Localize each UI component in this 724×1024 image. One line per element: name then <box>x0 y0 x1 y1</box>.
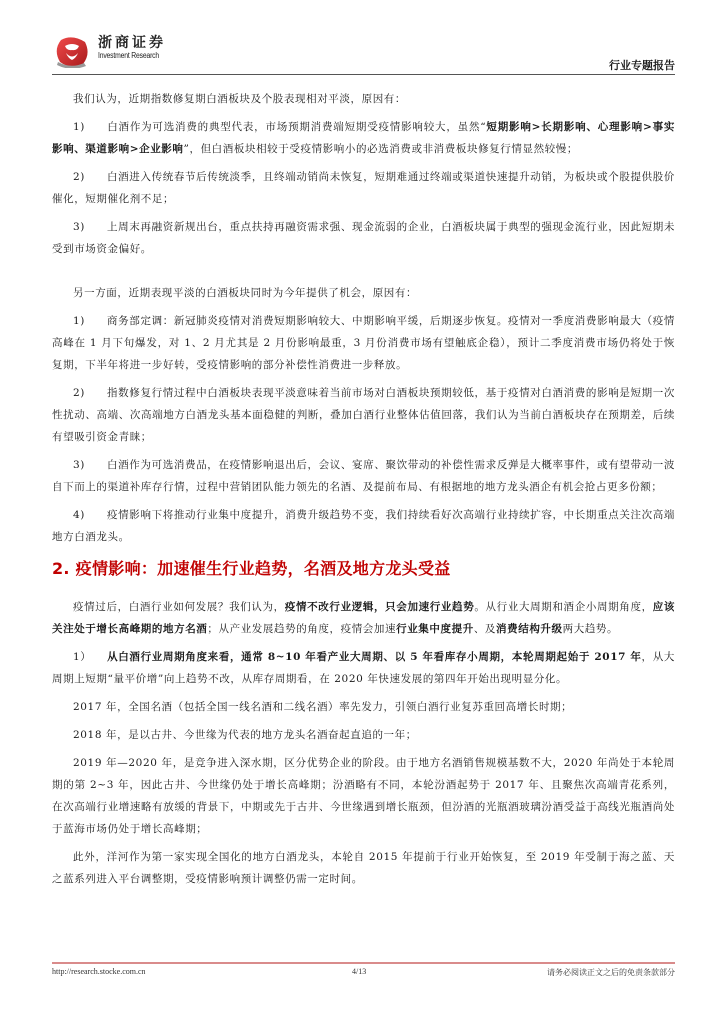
brand: 浙商证券 Investment Research <box>98 35 170 61</box>
list-item: 3)白酒作为可选消费品，在疫情影响退出后，会议、宴席、聚饮带动的补偿性需求反弹是… <box>52 454 675 498</box>
zheshang-securities-logo-icon <box>55 36 89 68</box>
list-item: 4)疫情影响下将推动行业集中度提升，消费升级趋势不变，我们持续看好次高端行业持续… <box>52 504 675 548</box>
paragraph: 2017 年，全国名酒（包括全国一线名酒和二线名酒）率先发力，引领白酒行业复苏重… <box>52 696 675 718</box>
item-number: 1) <box>73 310 107 332</box>
footer-url-link[interactable]: http://research.stocke.com.cn <box>52 967 146 976</box>
item-number: 2) <box>73 166 107 188</box>
paragraph: 疫情过后，白酒行业如何发展？我们认为，疫情不改行业逻辑，只会加速行业趋势。从行业… <box>52 596 675 640</box>
list-item: 1)商务部定调：新冠肺炎疫情对消费短期影响较大、中期影响平缓，后期逐步恢复。疫情… <box>52 310 675 376</box>
item-number: 3) <box>73 216 107 238</box>
paragraph: 此外，洋河作为第一家实现全国化的地方白酒龙头，本轮自 2015 年提前于行业开始… <box>52 846 675 890</box>
section-impact: 疫情过后，白酒行业如何发展？我们认为，疫情不改行业逻辑，只会加速行业趋势。从行业… <box>52 596 675 896</box>
list-item: 2)指数修复行情过程中白酒板块表现平淡意味着当前市场对白酒板块预期较低，基于疫情… <box>52 382 675 448</box>
disclaimer-note: 请务必阅读正文之后的免责条款部分 <box>547 967 675 978</box>
paragraph: 2018 年，是以古井、今世缘为代表的地方龙头名酒奋起直追的一年； <box>52 724 675 746</box>
page-header: 浙商证券 Investment Research 行业专题报告 <box>52 30 675 76</box>
section-reasons: 我们认为，近期指数修复期白酒板块及个股表现相对平淡，原因有： 1)白酒作为可选消… <box>52 88 675 554</box>
paragraph: 1）从白酒行业周期角度来看，通常 8~10 年看产业大周期、以 5 年看库存小周… <box>52 646 675 690</box>
item-number: 1) <box>73 116 107 138</box>
header-divider <box>52 74 675 75</box>
list-item: 2)白酒进入传统春节后传统淡季，且终端动销尚未恢复，短期难通过终端或渠道快速提升… <box>52 166 675 210</box>
item-number: 3) <box>73 454 107 476</box>
brand-name-en: Investment Research <box>98 51 159 61</box>
paragraph: 2019 年—2020 年，是竞争进入深水期，区分优势企业的阶段。由于地方名酒销… <box>52 752 675 840</box>
item-number: 2) <box>73 382 107 404</box>
section-heading: 2. 疫情影响：加速催生行业趋势，名酒及地方龙头受益 <box>52 556 451 579</box>
item-number: 4) <box>73 504 107 526</box>
paragraph-intro: 另一方面，近期表现平淡的白酒板块同时为今年提供了机会，原因有： <box>52 282 675 304</box>
report-type-label: 行业专题报告 <box>609 57 675 73</box>
page-number: 4/13 <box>352 967 366 976</box>
list-item: 3)上周末再融资新规出台，重点扶持再融资需求强、现金流弱的企业，白酒板块属于典型… <box>52 216 675 260</box>
brand-name-cn: 浙商证券 <box>98 35 170 51</box>
footer-divider <box>52 962 675 964</box>
page-footer: http://research.stocke.com.cn 4/13 请务必阅读… <box>52 967 675 981</box>
list-item: 1)白酒作为可选消费的典型代表，市场预期消费端短期受疫情影响较大，虽然“短期影响… <box>52 116 675 160</box>
item-number: 1） <box>73 646 107 668</box>
paragraph-intro: 我们认为，近期指数修复期白酒板块及个股表现相对平淡，原因有： <box>52 88 675 110</box>
